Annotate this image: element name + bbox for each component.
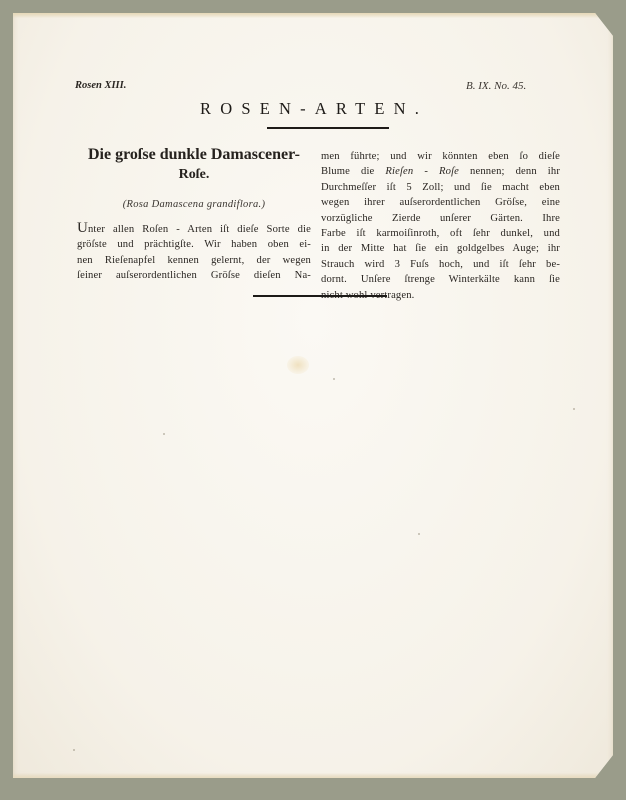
text-line: gröſste und prächtigſte. Wir haben oben …	[77, 237, 311, 252]
text-line: nen Rieſenapfel kennen gelernt, der wege…	[77, 253, 311, 268]
text-line: Blume die Rieſen - Roſe nennen; denn ihr	[321, 164, 560, 179]
page-title: ROSEN-ARTEN.	[200, 99, 428, 119]
title-underline	[267, 127, 389, 129]
paper-speck	[418, 533, 420, 535]
text-line: Strauch wird 3 Fuſs hoch, und iſt ſehr b…	[321, 257, 560, 272]
text-line: men führte; und wir könnten eben ſo dieſ…	[321, 149, 560, 164]
text-line: Farbe iſt karmoiſinroth, oft ſehr dunkel…	[321, 226, 560, 241]
text-line: vorzügliche Zierde unſerer Gärten. Ihre	[321, 211, 560, 226]
article-title: Die groſse dunkle Damascener- Roſe.	[77, 145, 311, 185]
paper-speck	[163, 433, 165, 435]
article-title-line1: Die groſse dunkle Damascener-	[88, 146, 300, 163]
paper-stain	[287, 356, 309, 374]
article-title-line2: Roſe.	[77, 165, 311, 185]
latin-name: (Rosa Damascena grandiflora.)	[77, 199, 311, 210]
text-line: ſeiner auſserordentlichen Gröſse dieſen …	[77, 268, 311, 283]
paper-speck	[573, 408, 575, 410]
series-label: Rosen XIII.	[75, 80, 126, 91]
left-column: Die groſse dunkle Damascener- Roſe. (Ros…	[77, 145, 311, 284]
emphasis-riesen-rose: Rieſen - Roſe	[385, 166, 459, 177]
volume-number: B. IX. No. 45.	[466, 80, 526, 92]
right-column: men führte; und wir könnten eben ſo dieſ…	[321, 149, 560, 303]
initial-letter: U	[77, 220, 88, 236]
right-column-text: men führte; und wir könnten eben ſo dieſ…	[321, 149, 560, 303]
paper-speck	[333, 378, 335, 380]
paper-speck	[73, 749, 75, 751]
section-divider	[253, 295, 387, 297]
text-line: wegen ihrer auſserordentlichen Gröſse, e…	[321, 195, 560, 210]
text-line: Unter allen Roſen - Arten iſt dieſe Sort…	[77, 222, 311, 237]
text-line: in der Mitte hat ſie ein goldgelbes Auge…	[321, 241, 560, 256]
document-page: Rosen XIII. B. IX. No. 45. ROSEN-ARTEN. …	[13, 13, 613, 778]
left-column-text: Unter allen Roſen - Arten iſt dieſe Sort…	[77, 222, 311, 284]
text-line: dornt. Unſere ſtrenge Winterkälte kann ſ…	[321, 272, 560, 287]
text-line: Durchmeſſer iſt 5 Zoll; und ſie macht eb…	[321, 180, 560, 195]
